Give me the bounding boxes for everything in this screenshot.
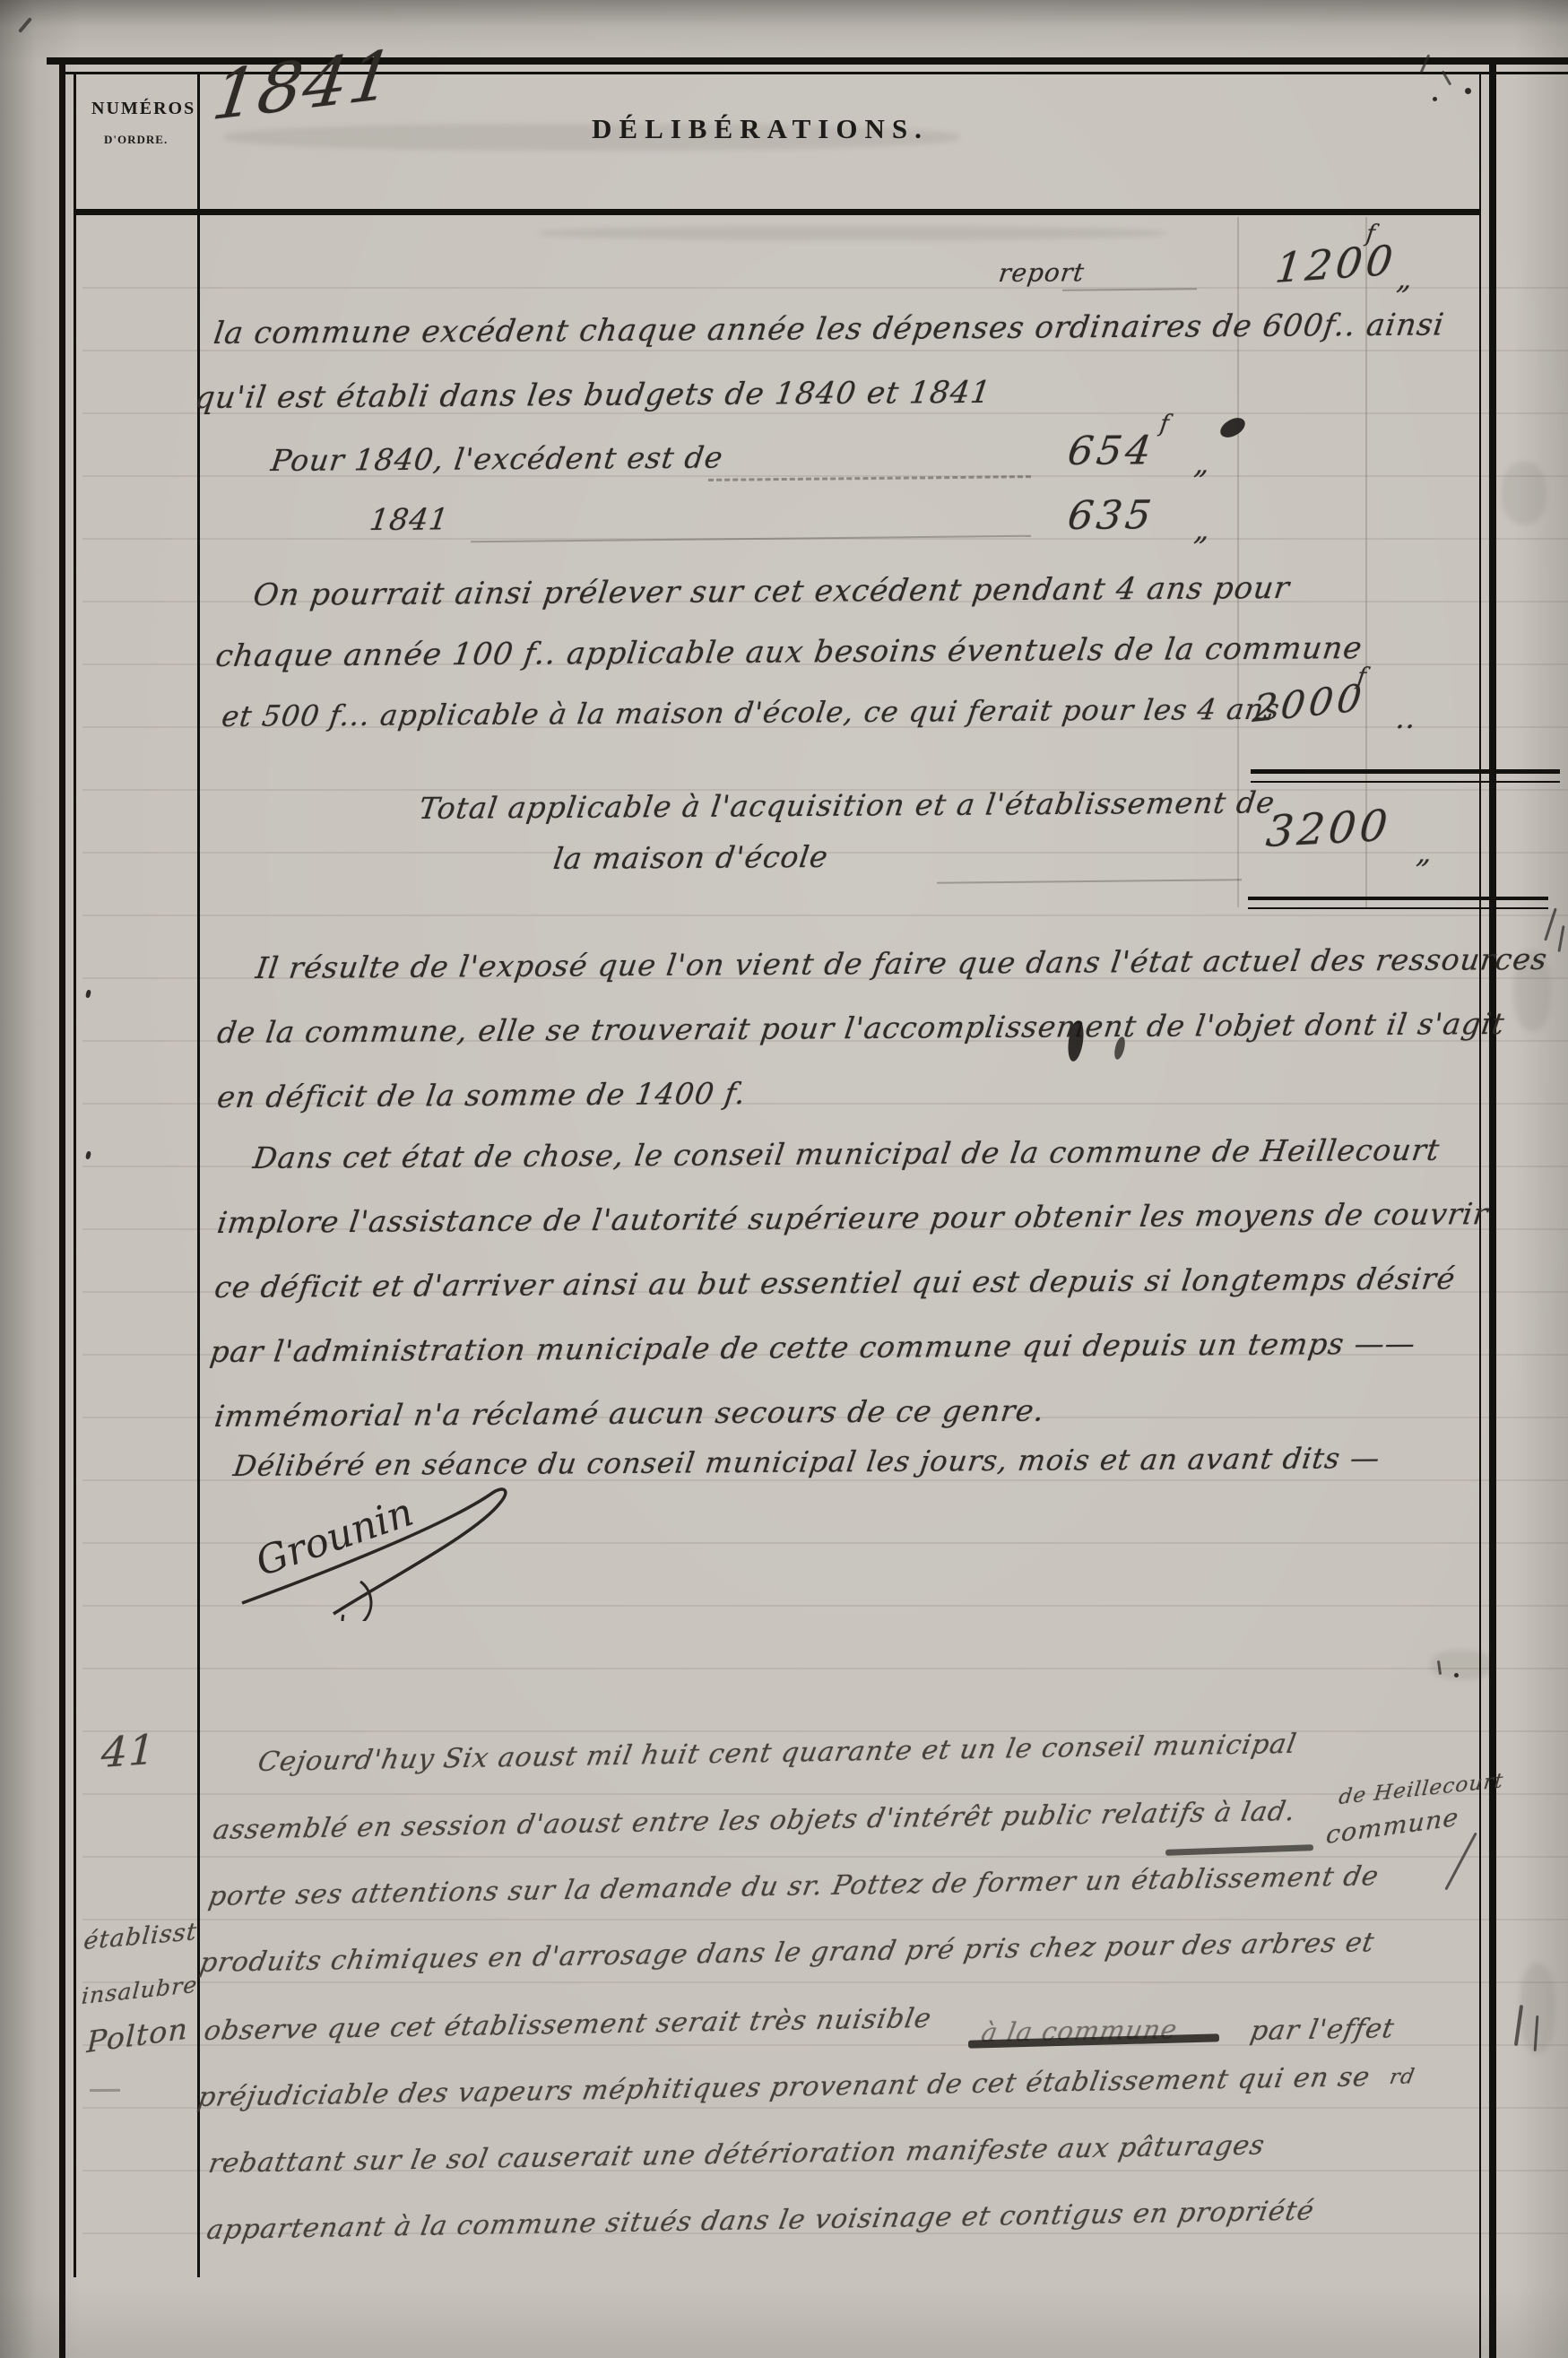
ledger-leader-dots <box>708 475 1031 481</box>
pen-flourish <box>1444 1833 1477 1891</box>
margin-note-dash <box>90 2089 120 2092</box>
frame-left-rule-outer <box>59 57 65 2358</box>
header-bottom-rule <box>76 209 1480 215</box>
ledger-leader-dash <box>1062 288 1197 291</box>
text-line: chaque année 100 f.. applicable aux beso… <box>213 630 1364 674</box>
text-line: Dans cet état de chose, le conseil munic… <box>251 1132 1442 1175</box>
ledger-1841-nil: „ <box>1192 513 1213 547</box>
page-title: DÉLIBÉRATIONS. <box>592 113 929 145</box>
ledger-report-nil: „ <box>1395 262 1416 296</box>
column-header-dordre: D'ORDRE. <box>104 133 168 147</box>
ink-speck <box>1433 97 1437 101</box>
column-header-numeros: NUMÉROS <box>91 99 195 119</box>
ghost-bleedthrough <box>1502 462 1546 524</box>
ledger-prelever-amount: 2000 <box>1251 675 1367 731</box>
text-line: préjudiciable des vapeurs méphitiques pr… <box>195 2061 1373 2113</box>
ink-speck <box>1557 925 1564 952</box>
text-line: et 500 f... applicable à la maison d'éco… <box>220 692 1282 733</box>
margin-note-line: Polton <box>86 2011 189 2059</box>
ledger-1840-label: Pour 1840, l'excédent est de <box>269 439 725 478</box>
total-amount: 3200 <box>1264 801 1393 857</box>
ledger-1841-amount: 635 <box>1065 492 1157 539</box>
text-line: de la commune, elle se trouverait pour l… <box>215 1006 1507 1050</box>
text-line: produits chimiques en d'arrosage dans le… <box>197 1927 1377 1979</box>
ghost-bleedthrough <box>1520 1964 1555 2053</box>
ledger-report-label: report <box>997 257 1087 288</box>
ink-speck <box>18 17 32 33</box>
ink-speck <box>1454 1673 1459 1677</box>
text-line: porte ses attentions sur la demande du s… <box>206 1860 1382 1912</box>
text-line: appartenant à la commune situés dans le … <box>204 2196 1317 2246</box>
total-line: la maison d'école <box>551 839 830 876</box>
year-annotation: 1841 <box>208 35 399 135</box>
register-page-scan: NUMÉROS D'ORDRE. DÉLIBÉRATIONS. 1841 rep… <box>0 0 1568 2358</box>
text-line: par l'effet <box>1248 2013 1397 2047</box>
total-rule-bottom <box>1248 897 1548 909</box>
signature: Grounin <box>224 1478 529 1621</box>
ghost-bleedthrough <box>538 226 1165 240</box>
text-line: assemblé en session d'aoust entre les ob… <box>211 1796 1298 1846</box>
superscript-abbreviation: rd <box>1388 2066 1416 2089</box>
text-line: Il résulte de l'exposé que l'on vient de… <box>254 941 1550 985</box>
ledger-1840-unit: f <box>1158 411 1172 438</box>
text-line: en déficit de la somme de 1400 f. <box>215 1076 749 1114</box>
margin-note-line: établisst <box>82 1918 198 1955</box>
ledger-1840-nil: „ <box>1192 446 1213 481</box>
ink-speck <box>85 990 91 999</box>
ledger-1841-label: 1841 <box>368 501 451 537</box>
margin-note-line: insalubre <box>81 1972 198 2009</box>
total-leader-dash <box>937 879 1242 884</box>
margin-entry-number: 41 <box>100 1725 157 1777</box>
ink-speck <box>1465 88 1471 94</box>
text-line: par l'administration municipale de cette… <box>208 1326 1418 1369</box>
ledger-leader-dash <box>471 535 1031 543</box>
ledger-report-amount: 1200 <box>1273 236 1399 292</box>
total-line: Total applicable à l'acquisition et a l'… <box>417 785 1278 826</box>
text-line: rebattant sur le sol causerait une détér… <box>206 2130 1268 2180</box>
text-line: Cejourd'huy Six aoust mil huit cent quar… <box>256 1729 1299 1778</box>
text-line: observe que cet établissement serait trè… <box>202 2003 934 2047</box>
text-line: implore l'assistance de l'autorité supér… <box>215 1196 1491 1240</box>
text-line: commune <box>1325 1802 1460 1850</box>
text-line: ce déficit et d'arriver ainsi au but ess… <box>212 1261 1458 1305</box>
signature-text: Grounin <box>250 1489 419 1585</box>
total-rule-top <box>1251 769 1560 783</box>
text-line: On pourrait ainsi prélever sur cet excéd… <box>251 570 1292 613</box>
ink-speck <box>85 1151 91 1160</box>
ledger-1840-amount: 654 <box>1065 428 1157 474</box>
ruled-lines <box>82 226 1568 2288</box>
ink-blot <box>1217 414 1249 442</box>
frame-right-rule-outer <box>1489 57 1496 2358</box>
text-line: immémorial n'a réclamé aucun secours de … <box>212 1393 1047 1434</box>
frame-left-rule-inner <box>74 72 76 2277</box>
text-line: qu'il est établi dans les budgets de 184… <box>193 375 993 416</box>
strikethrough-mark <box>1165 1844 1313 1856</box>
text-line: la commune excédent chaque année les dép… <box>212 307 1446 351</box>
ink-speck <box>1544 907 1557 941</box>
total-nil: „ <box>1415 836 1435 870</box>
closing-line: Délibéré en séance du conseil municipal … <box>231 1441 1382 1483</box>
ledger-prelever-nil: .. <box>1394 701 1418 735</box>
